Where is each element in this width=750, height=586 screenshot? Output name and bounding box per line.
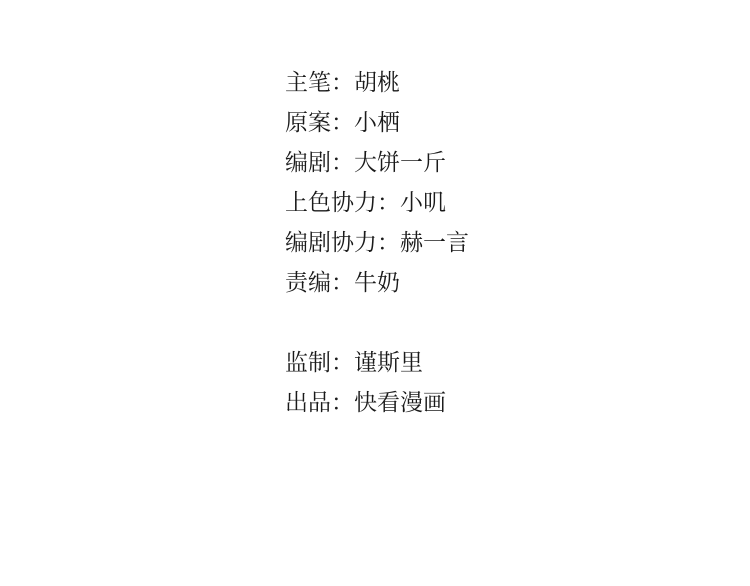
credit-line: 上色协力：小叽 <box>285 188 469 228</box>
credit-separator: ： <box>331 150 354 176</box>
credit-separator: ： <box>331 270 354 296</box>
credit-name: 小栖 <box>354 110 400 136</box>
credit-separator: ： <box>331 350 354 376</box>
credit-role: 出品 <box>285 390 331 416</box>
credit-separator: ： <box>331 390 354 416</box>
credit-role: 责编 <box>285 270 331 296</box>
credit-role: 编剧 <box>285 150 331 176</box>
credit-separator: ： <box>377 230 400 256</box>
credit-role: 主笔 <box>285 70 331 96</box>
credit-separator: ： <box>331 70 354 96</box>
spacer <box>285 308 469 348</box>
credit-role: 上色协力 <box>285 190 377 216</box>
credit-separator: ： <box>377 190 400 216</box>
credit-line: 责编：牛奶 <box>285 268 469 308</box>
credit-line: 编剧：大饼一斤 <box>285 148 469 188</box>
credit-name: 牛奶 <box>354 270 400 296</box>
credit-name: 赫一言 <box>400 230 469 256</box>
credit-role: 编剧协力 <box>285 230 377 256</box>
credit-line: 出品：快看漫画 <box>285 388 469 428</box>
credit-role: 原案 <box>285 110 331 136</box>
credit-line: 编剧协力：赫一言 <box>285 228 469 268</box>
credit-name: 胡桃 <box>354 70 400 96</box>
credit-line: 监制：谨斯里 <box>285 348 469 388</box>
credit-separator: ： <box>331 110 354 136</box>
credit-line: 原案：小栖 <box>285 108 469 148</box>
credit-name: 快看漫画 <box>354 390 446 416</box>
credit-name: 大饼一斤 <box>354 150 446 176</box>
credit-name: 小叽 <box>400 190 446 216</box>
credit-line: 主笔：胡桃 <box>285 68 469 108</box>
credit-role: 监制 <box>285 350 331 376</box>
credit-name: 谨斯里 <box>354 350 423 376</box>
credits-block: 主笔：胡桃 原案：小栖 编剧：大饼一斤 上色协力：小叽 编剧协力：赫一言 责编：… <box>285 68 469 428</box>
